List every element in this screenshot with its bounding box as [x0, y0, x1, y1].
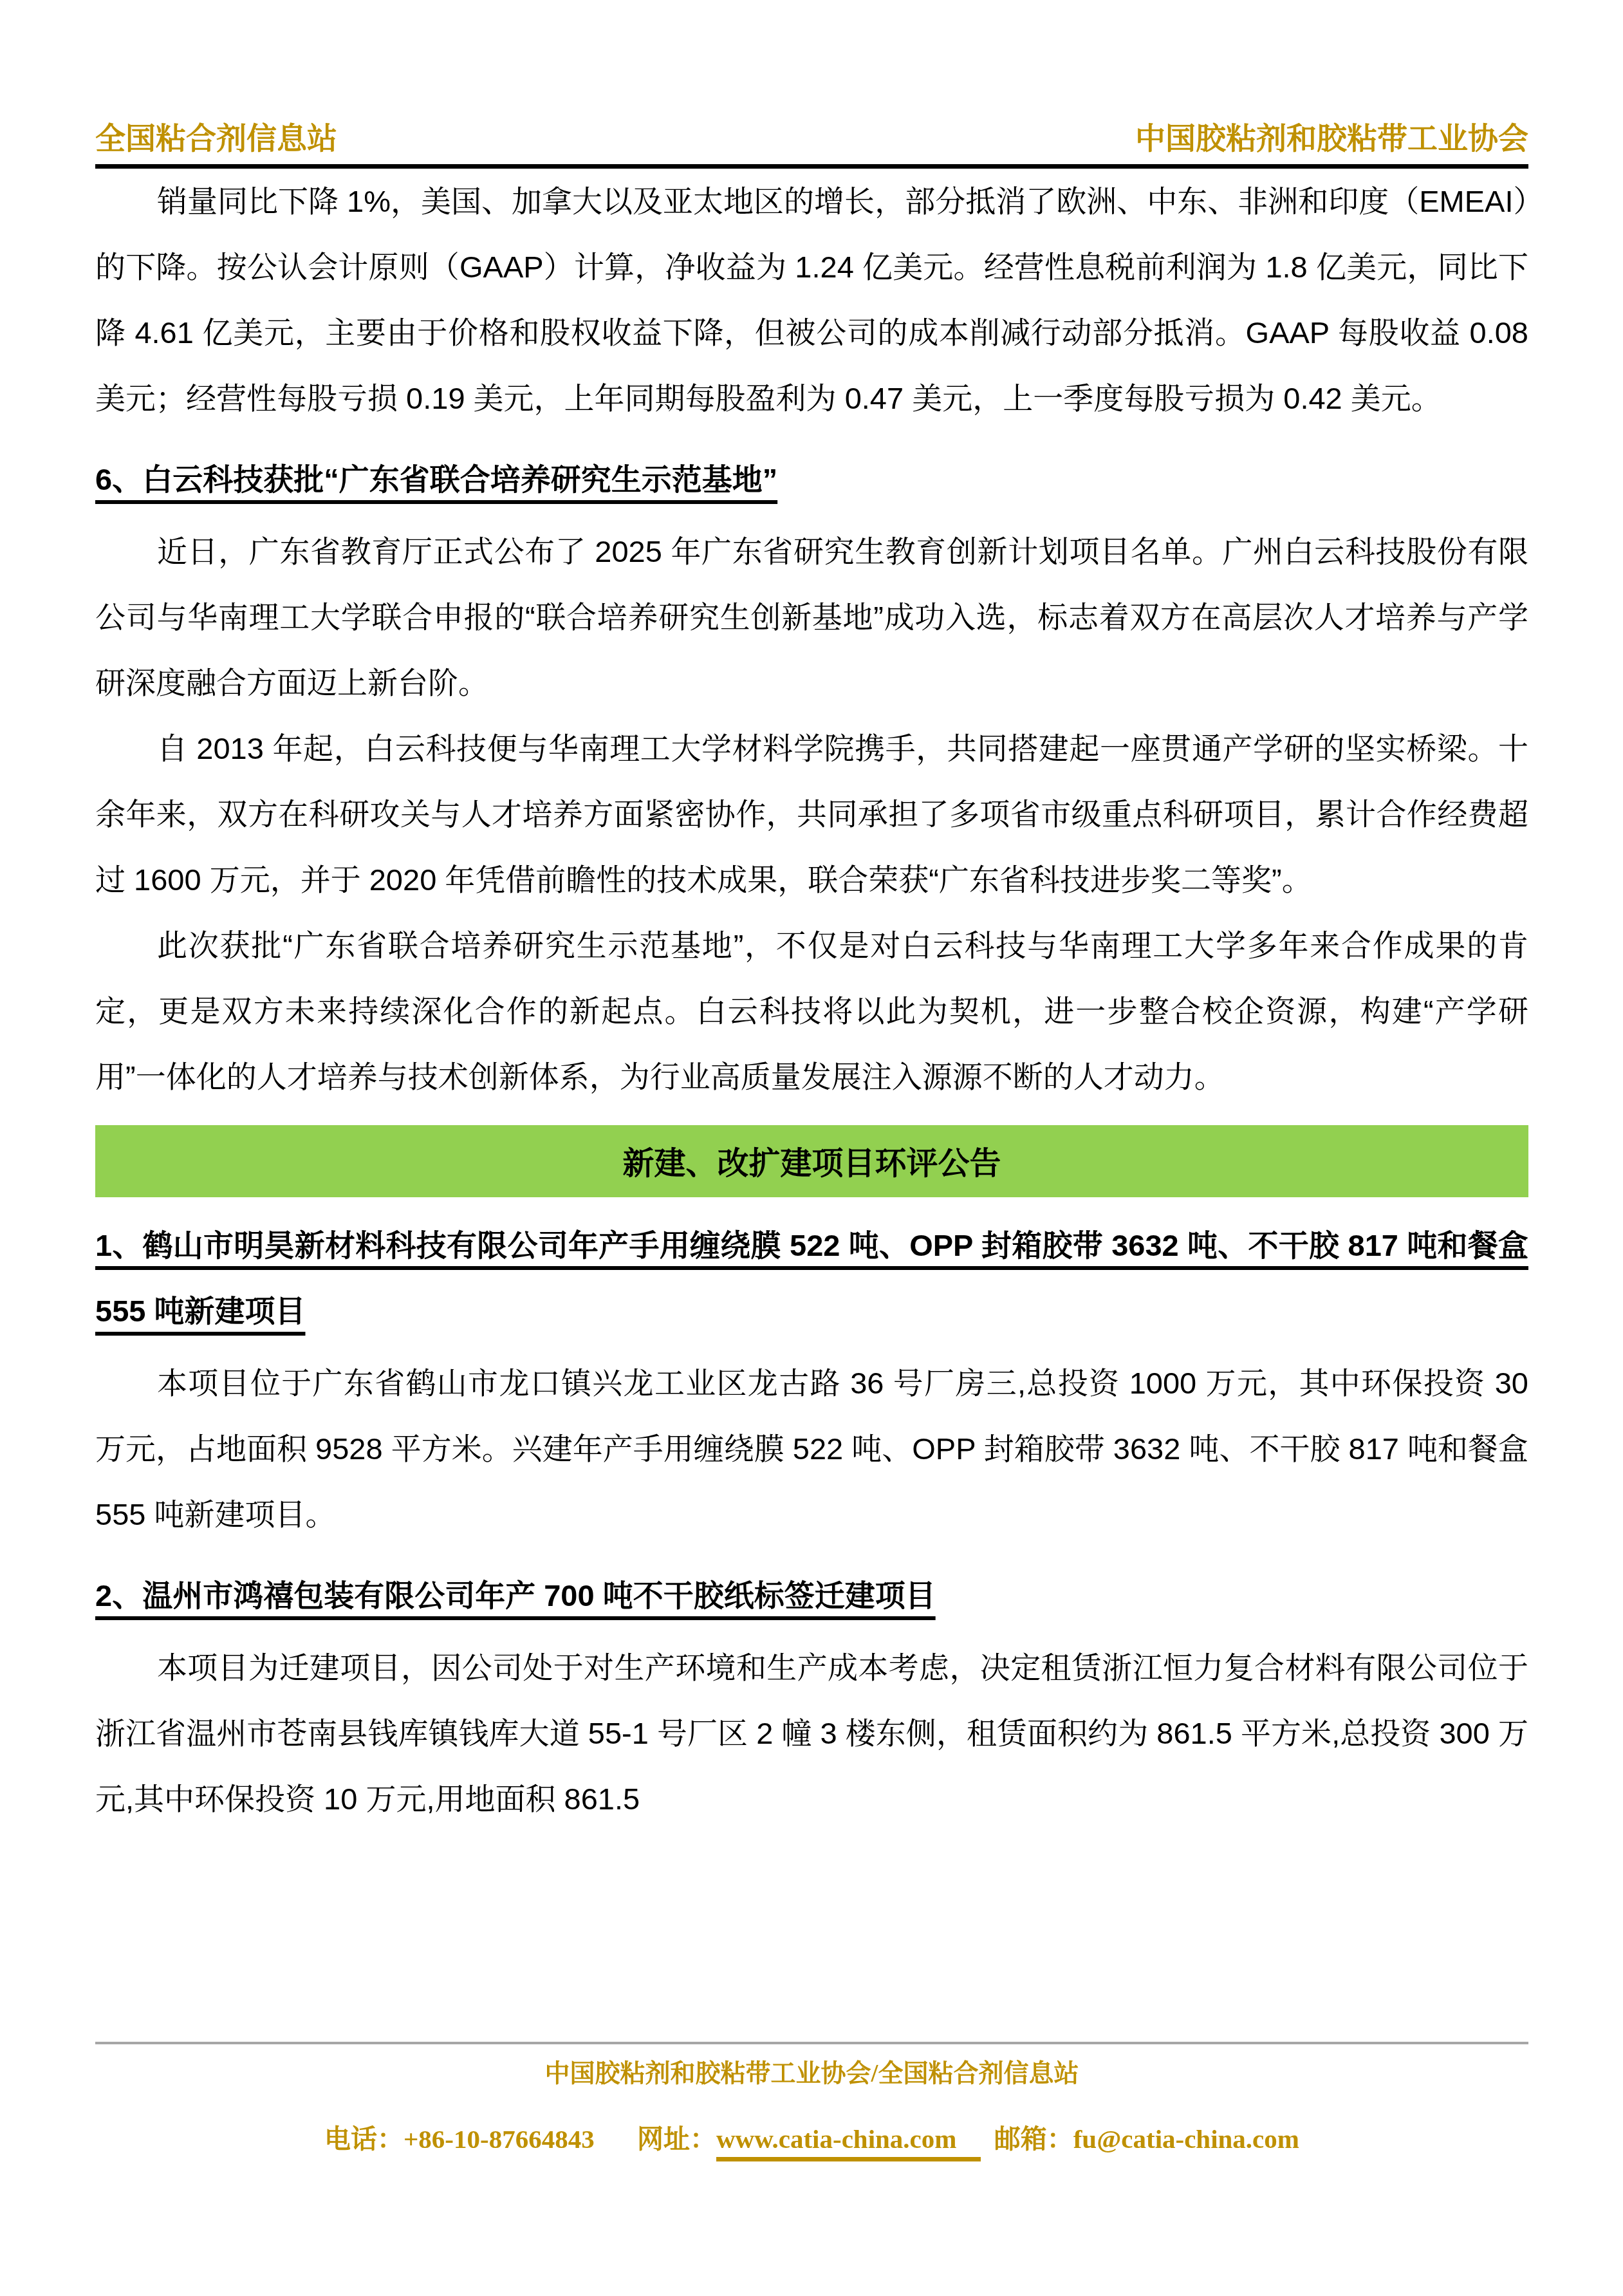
header-right-title: 中国胶粘剂和胶粘带工业协会 — [1135, 120, 1528, 158]
footer-email: 邮箱：fu@catia-china.com — [994, 2124, 1299, 2154]
document-page: 全国粘合剂信息站 中国胶粘剂和胶粘带工业协会 销量同比下降 1%，美国、加拿大以… — [0, 0, 1623, 2296]
section-heading-baiyun-base: 6、白云科技获批“广东省联合培养研究生示范基地” — [95, 447, 1528, 512]
paragraph-project-2-details: 本项目为迁建项目，因公司处于对生产环境和生产成本考虑，决定租赁浙江恒力复合材料有… — [95, 1635, 1528, 1832]
banner-title: 新建、改扩建项目环评公告 — [622, 1139, 1001, 1184]
paragraph-project-1-details: 本项目位于广东省鹤山市龙口镇兴龙工业区龙古路 36 号厂房三,总投资 1000 … — [95, 1350, 1528, 1547]
eia-announcement-banner: 新建、改扩建项目环评公告 — [95, 1125, 1528, 1197]
footer-web-label: 网址： — [637, 2124, 716, 2154]
footer-website-link[interactable]: www.catia-china.com — [716, 2123, 981, 2161]
paragraph-approval-news: 近日，广东省教育厅正式公布了 2025 年广东省研究生教育创新计划项目名单。广州… — [95, 519, 1528, 716]
page-header: 全国粘合剂信息站 中国胶粘剂和胶粘带工业协会 — [95, 120, 1528, 169]
footer-contact-line: 电话：+86-10-87664843 网址：www.catia-china.co… — [95, 2118, 1528, 2161]
paragraph-sales-summary: 销量同比下降 1%，美国、加拿大以及亚太地区的增长，部分抵消了欧洲、中东、非洲和… — [95, 169, 1528, 431]
section-heading-project-2: 2、温州市鸿禧包装有限公司年产 700 吨不干胶纸标签迁建项目 — [95, 1563, 1528, 1629]
paragraph-future-plan: 此次获批“广东省联合培养研究生示范基地”，不仅是对白云科技与华南理工大学多年来合… — [95, 913, 1528, 1110]
header-left-title: 全国粘合剂信息站 — [95, 120, 337, 158]
footer-organization: 中国胶粘剂和胶粘带工业协会/全国粘合剂信息站 — [95, 2053, 1528, 2089]
paragraph-cooperation-history: 自 2013 年起，白云科技便与华南理工大学材料学院携手，共同搭建起一座贯通产学… — [95, 716, 1528, 913]
document-body: 销量同比下降 1%，美国、加拿大以及亚太地区的增长，部分抵消了欧洲、中东、非洲和… — [95, 169, 1528, 1832]
section-heading-project-1: 1、鹤山市明昊新材料科技有限公司年产手用缠绕膜 522 吨、OPP 封箱胶带 3… — [95, 1213, 1528, 1344]
page-footer: 中国胶粘剂和胶粘带工业协会/全国粘合剂信息站 电话：+86-10-8766484… — [95, 2042, 1528, 2161]
footer-phone: 电话：+86-10-87664843 — [324, 2124, 595, 2154]
